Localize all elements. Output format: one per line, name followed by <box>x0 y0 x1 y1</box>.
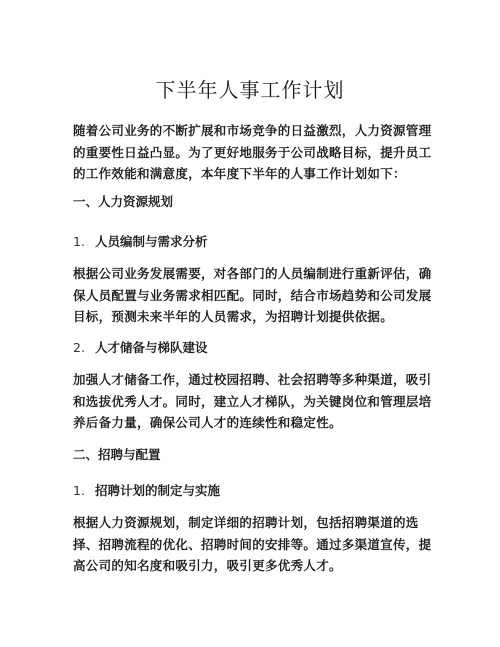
subsection-title: 人才储备与梯队建设 <box>95 340 208 355</box>
subsection-heading-1-2: 2.人才储备与梯队建设 <box>73 338 207 356</box>
paragraph-1-1: 根据公司业务发展需要，对各部门的人员编制进行重新评估，确保人员配置与业务需求相匹… <box>73 263 433 328</box>
document-title: 下半年人事工作计划 <box>0 74 500 103</box>
subsection-heading-1-1: 1.人员编制与需求分析 <box>73 232 207 250</box>
section-heading-1: 一、人力资源规划 <box>73 192 173 210</box>
subsection-heading-2-1: 1.招聘计划的制定与实施 <box>73 481 220 499</box>
subsection-title: 招聘计划的制定与实施 <box>95 483 220 498</box>
document-page: 下半年人事工作计划 随着公司业务的不断扩展和市场竞争的日益激烈，人力资源管理的重… <box>0 0 500 647</box>
section-heading-2: 二、招聘与配置 <box>73 445 161 463</box>
subsection-number: 2. <box>73 340 85 355</box>
subsection-number: 1. <box>73 234 85 249</box>
paragraph-1-2: 加强人才储备工作，通过校园招聘、社会招聘等多种渠道，吸引和选拔优秀人才。同时，建… <box>73 369 433 434</box>
intro-paragraph: 随着公司业务的不断扩展和市场竞争的日益激烈，人力资源管理的重要性日益凸显。为了更… <box>73 120 433 185</box>
subsection-number: 1. <box>73 483 85 498</box>
paragraph-2-1: 根据人力资源规划，制定详细的招聘计划，包括招聘渠道的选择、招聘流程的优化、招聘时… <box>73 512 433 577</box>
subsection-title: 人员编制与需求分析 <box>95 234 208 249</box>
